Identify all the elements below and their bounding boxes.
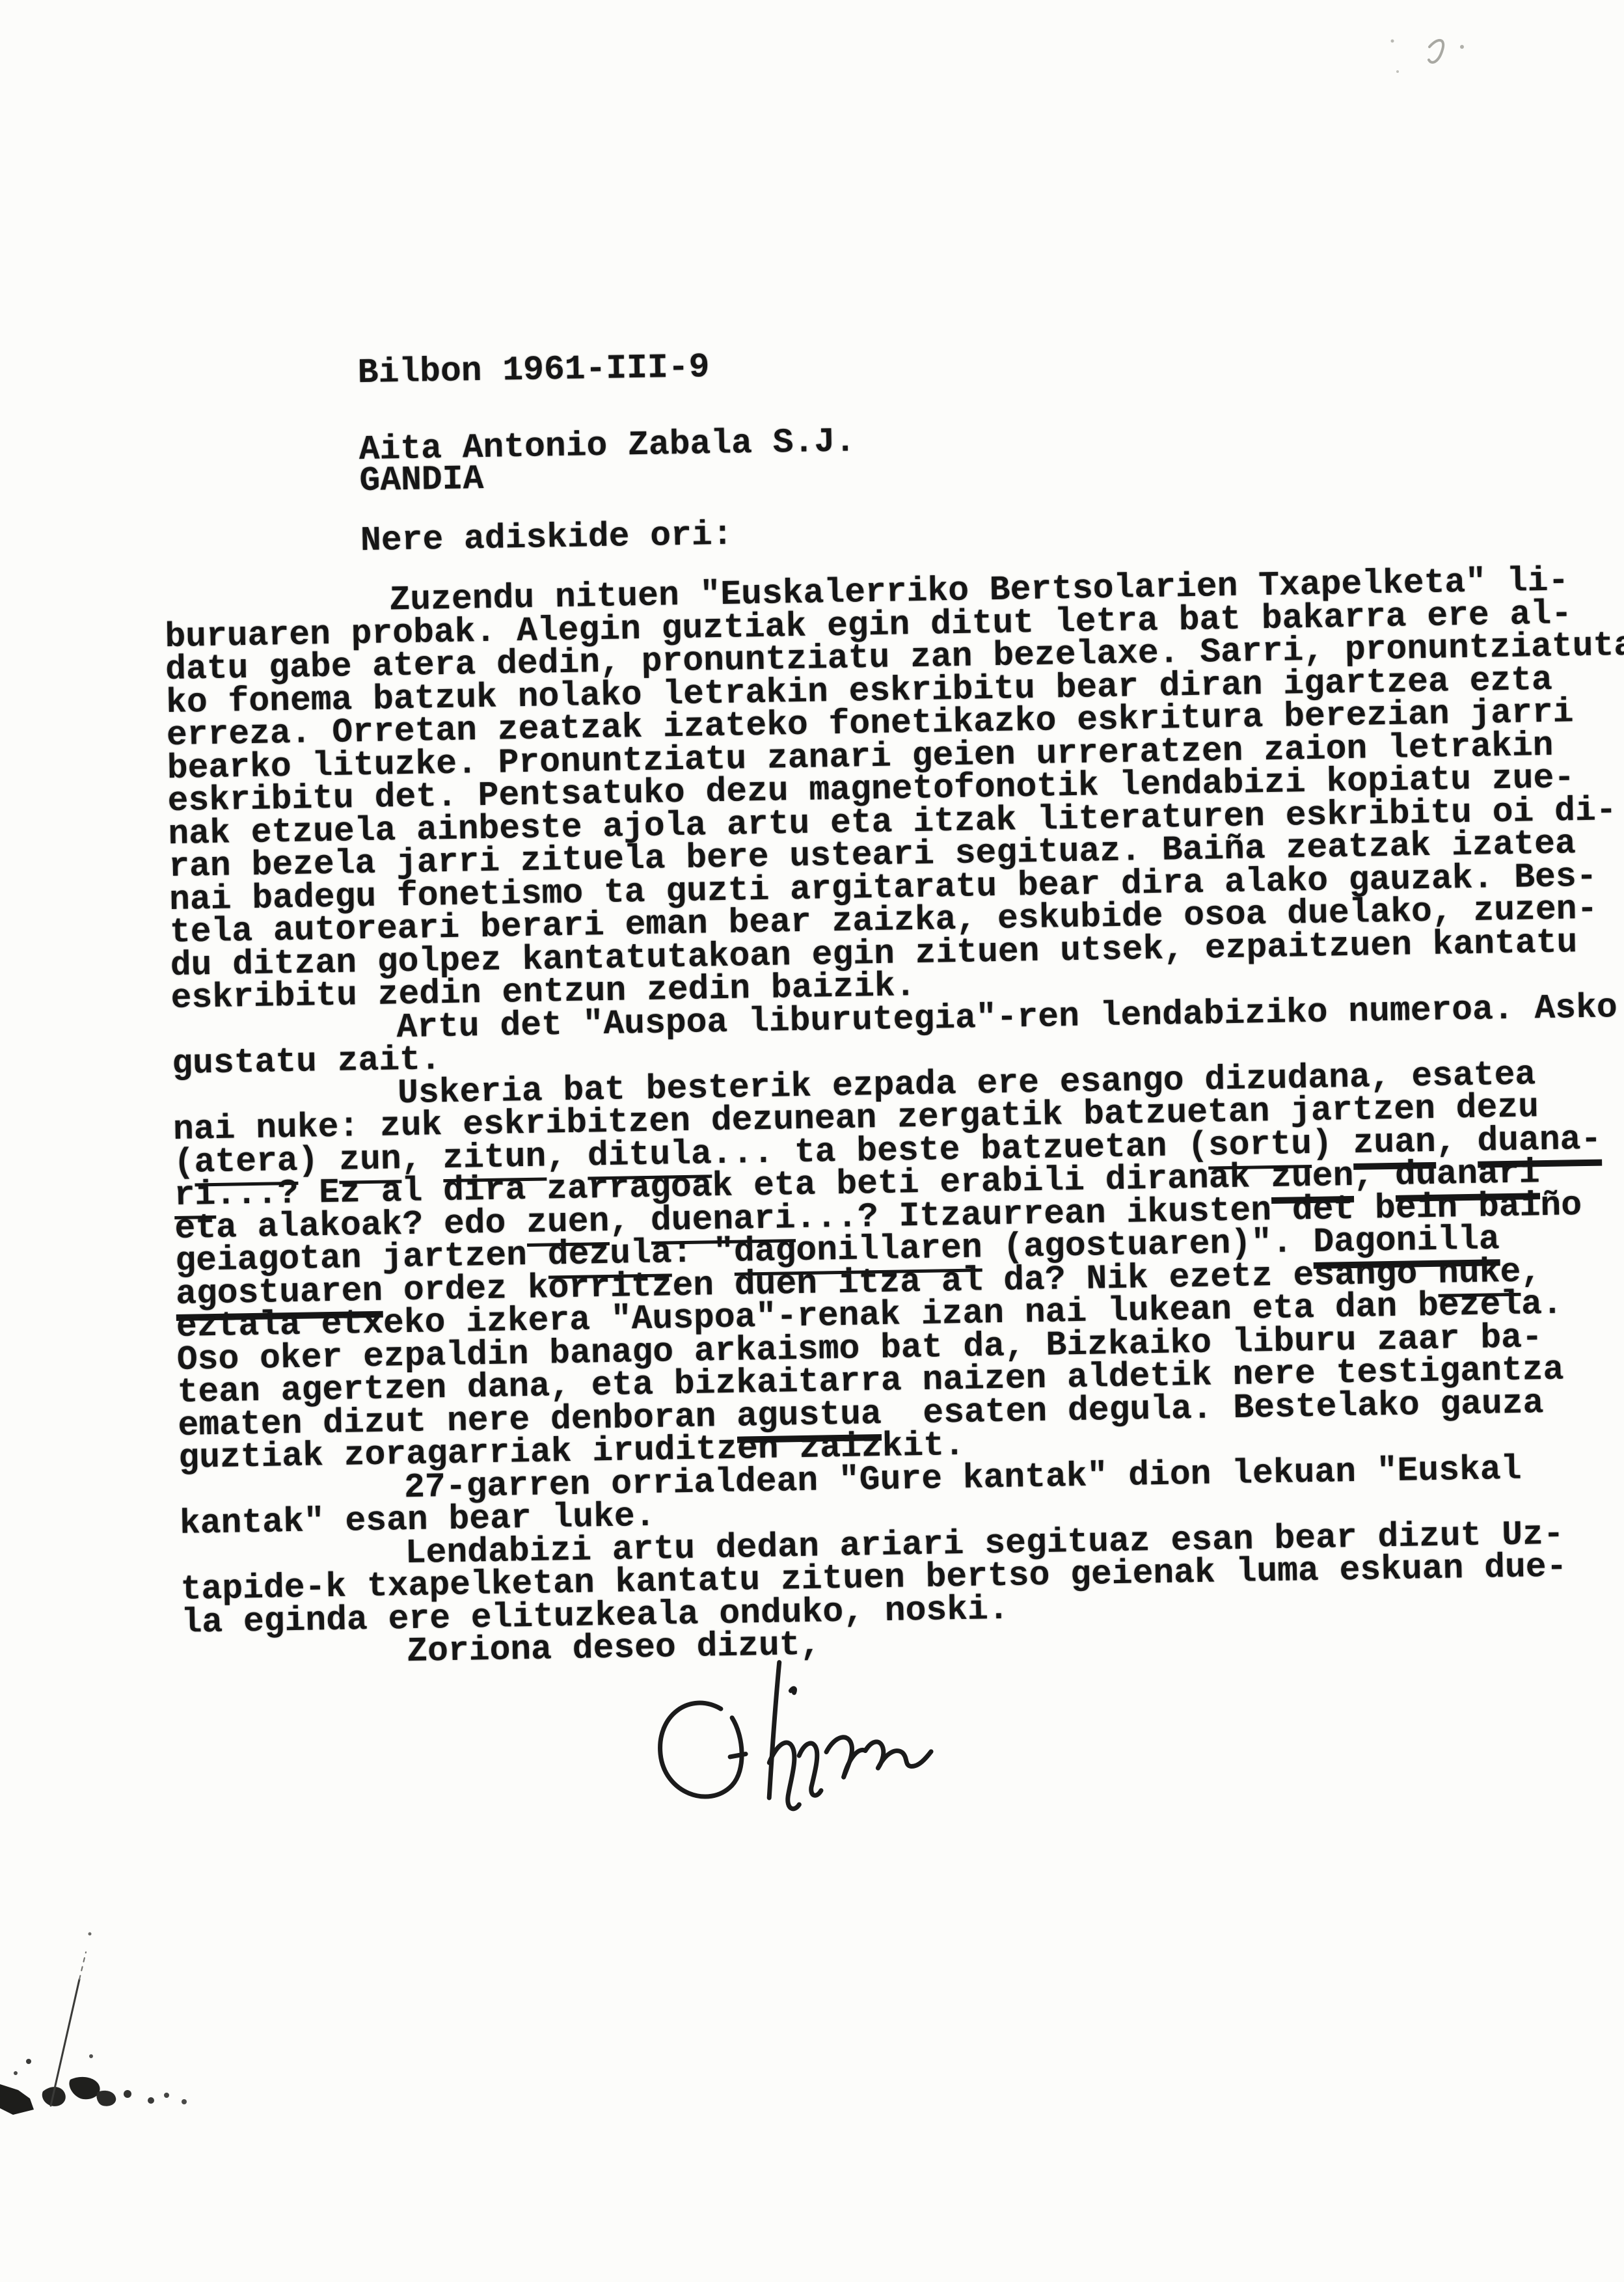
addressee-city: GANDIA	[359, 459, 484, 500]
salutation: Nere adiskide ori:	[360, 515, 733, 560]
handwritten-signature	[632, 1654, 960, 1825]
scanned-letter-page: Bilbon 1961-III-9 Aita Antonio Zabala S.…	[0, 0, 1624, 2282]
letter-date: Bilbon 1961-III-9	[357, 347, 710, 392]
letter-content: Bilbon 1961-III-9 Aita Antonio Zabala S.…	[0, 0, 1624, 2282]
letter-body: Zuzendu nituen "Euskalerriko Bertsolarie…	[164, 562, 1624, 1672]
signature-ink-icon	[632, 1654, 960, 1822]
